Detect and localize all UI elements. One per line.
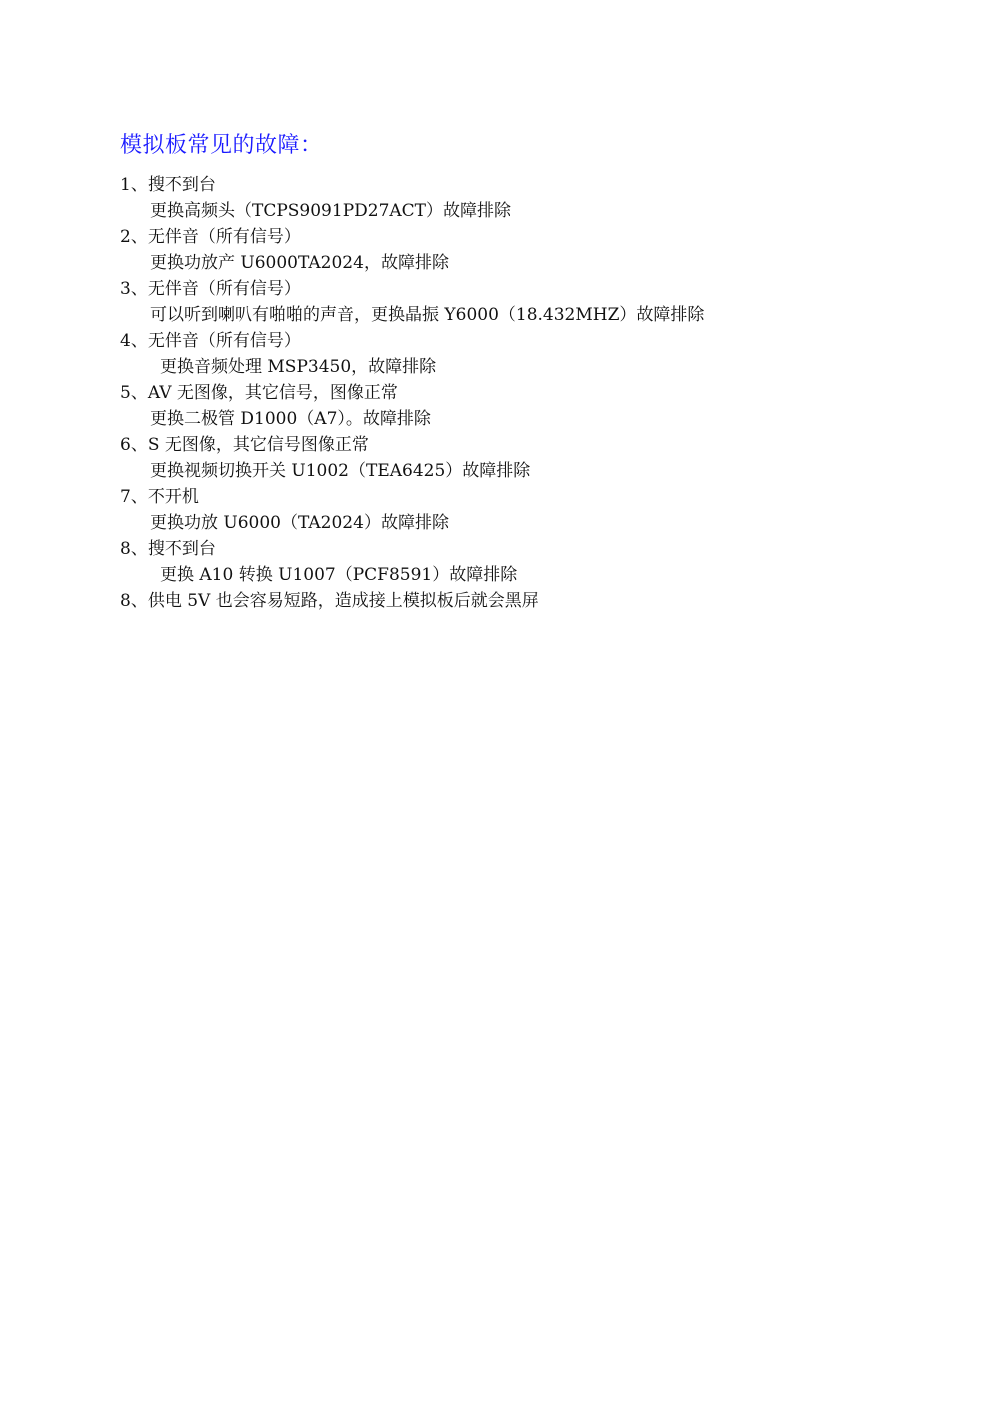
fault-symptom: 2、无伴音（所有信号） <box>120 224 704 250</box>
fault-symptom: 4、无伴音（所有信号） <box>120 328 704 354</box>
fault-item-6: 6、S 无图像，其它信号图像正常 更换视频切换开关 U1002（TEA6425）… <box>120 432 704 484</box>
fault-symptom: 3、无伴音（所有信号） <box>120 276 704 302</box>
fault-solution: 更换二极管 D1000（A7）。故障排除 <box>120 406 704 432</box>
fault-item-1: 1、搜不到台 更换高频头（TCPS9091PD27ACT）故障排除 <box>120 172 704 224</box>
fault-item-4: 4、无伴音（所有信号） 更换音频处理 MSP3450，故障排除 <box>120 328 704 380</box>
fault-solution: 可以听到喇叭有啪啪的声音，更换晶振 Y6000（18.432MHZ）故障排除 <box>120 302 704 328</box>
fault-item-9: 8、供电 5V 也会容易短路，造成接上模拟板后就会黑屏 <box>120 588 704 614</box>
fault-symptom: 1、搜不到台 <box>120 172 704 198</box>
fault-item-8: 8、搜不到台 更换 A10 转换 U1007（PCF8591）故障排除 <box>120 536 704 588</box>
fault-solution: 更换高频头（TCPS9091PD27ACT）故障排除 <box>120 198 704 224</box>
fault-solution: 更换音频处理 MSP3450，故障排除 <box>120 354 704 380</box>
document-page: 模拟板常见的故障： 1、搜不到台 更换高频头（TCPS9091PD27ACT）故… <box>0 0 993 1404</box>
fault-symptom: 6、S 无图像，其它信号图像正常 <box>120 432 704 458</box>
fault-symptom: 8、供电 5V 也会容易短路，造成接上模拟板后就会黑屏 <box>120 588 704 614</box>
fault-solution: 更换视频切换开关 U1002（TEA6425）故障排除 <box>120 458 704 484</box>
fault-solution: 更换功放产 U6000TA2024，故障排除 <box>120 250 704 276</box>
fault-item-3: 3、无伴音（所有信号） 可以听到喇叭有啪啪的声音，更换晶振 Y6000（18.4… <box>120 276 704 328</box>
fault-solution: 更换 A10 转换 U1007（PCF8591）故障排除 <box>120 562 704 588</box>
fault-symptom: 8、搜不到台 <box>120 536 704 562</box>
fault-item-7: 7、不开机 更换功放 U6000（TA2024）故障排除 <box>120 484 704 536</box>
document-title: 模拟板常见的故障： <box>120 131 323 161</box>
fault-item-2: 2、无伴音（所有信号） 更换功放产 U6000TA2024，故障排除 <box>120 224 704 276</box>
fault-solution: 更换功放 U6000（TA2024）故障排除 <box>120 510 704 536</box>
fault-symptom: 5、AV 无图像，其它信号，图像正常 <box>120 380 704 406</box>
fault-list: 1、搜不到台 更换高频头（TCPS9091PD27ACT）故障排除 2、无伴音（… <box>120 172 704 614</box>
fault-symptom: 7、不开机 <box>120 484 704 510</box>
fault-item-5: 5、AV 无图像，其它信号，图像正常 更换二极管 D1000（A7）。故障排除 <box>120 380 704 432</box>
